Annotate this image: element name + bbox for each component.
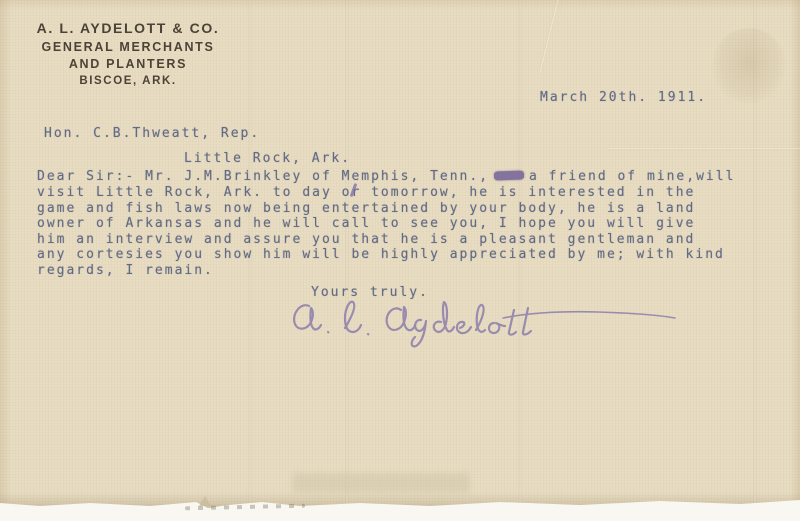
body-line1-pre: Dear Sir:- Mr. J.M.Brinkley of Memphis, … [37, 169, 489, 184]
paper-stain [712, 28, 786, 104]
ink-blot-strikeout [494, 170, 524, 180]
letterhead-city: BISCOE, ARK. [18, 75, 238, 87]
paper-torn-edge [199, 496, 211, 506]
body-line: owner of Arkansas and he will call to se… [37, 216, 695, 231]
letter-place-line: Little Rock, Ark. [184, 151, 351, 166]
letterhead-company: A. L. AYDELOTT & CO. [18, 20, 238, 36]
letterhead-line2: GENERAL MERCHANTS [18, 40, 238, 54]
body-line: regards, I remain. [37, 263, 214, 278]
body-line: him an interview and assure you that he … [37, 232, 695, 247]
ink-bleedthrough [292, 473, 470, 493]
body-line: any cortesies you show him will be highl… [37, 247, 725, 262]
letterhead-line3: AND PLANTERS [18, 57, 238, 71]
body-line: visit Little Rock, Ark. to day or tomorr… [37, 185, 695, 200]
body-line: Dear Sir:- Mr. J.M.Brinkley of Memphis, … [37, 169, 735, 184]
letter-paper: A. L. AYDELOTT & CO. GENERAL MERCHANTS A… [0, 0, 800, 508]
body-line1-post: a friend of mine,will [529, 169, 735, 184]
fold-crease-horizontal [608, 147, 800, 150]
body-line: game and fish laws now being entertained… [37, 201, 695, 216]
letter-addressee: Hon. C.B.Thweatt, Rep. [44, 126, 260, 141]
letterhead: A. L. AYDELOTT & CO. GENERAL MERCHANTS A… [18, 20, 238, 87]
signature [283, 292, 683, 350]
scanned-letter: A. L. AYDELOTT & CO. GENERAL MERCHANTS A… [0, 0, 800, 521]
signature-ink [283, 292, 683, 350]
letter-date: March 20th. 1911. [540, 90, 707, 105]
fold-crease-diagonal [538, 0, 560, 73]
